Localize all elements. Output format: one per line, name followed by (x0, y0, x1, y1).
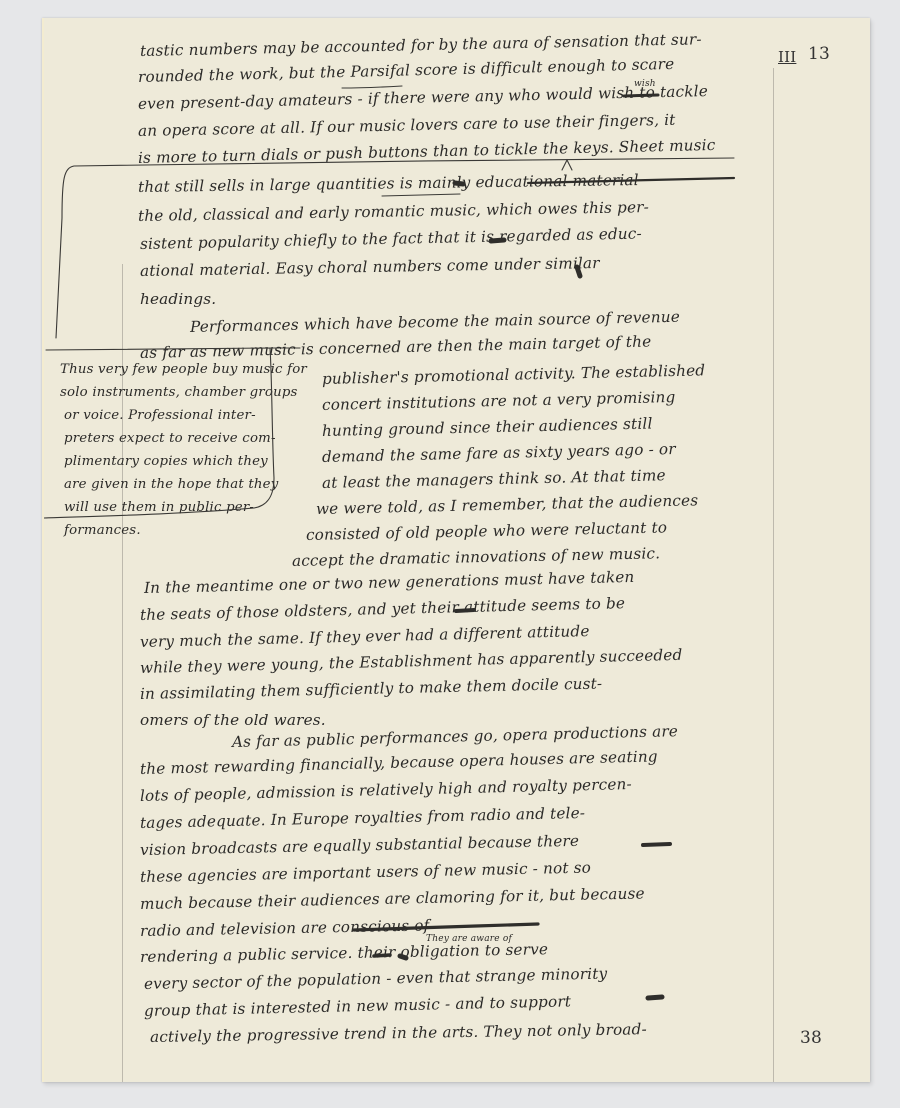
insertion-caret (562, 160, 572, 170)
strikethrough (354, 924, 538, 930)
underline-parsifal (342, 86, 402, 88)
marginal-note-box (44, 348, 274, 518)
manuscript-page: III 13 tastic numbers may be accounted f… (42, 18, 870, 1082)
ink-blot (491, 240, 504, 241)
strikethrough (624, 95, 658, 96)
insertion-bracket (56, 158, 734, 338)
ink-blot (456, 610, 474, 611)
ink-blot (455, 183, 463, 184)
ink-blot (400, 956, 406, 958)
strikethrough (643, 844, 670, 845)
ink-blot (648, 997, 662, 998)
underline-quantities (382, 194, 460, 196)
strikethrough (374, 955, 390, 956)
strikethrough (528, 178, 734, 183)
ink-blot (577, 267, 580, 276)
pen-marks (44, 18, 870, 1082)
